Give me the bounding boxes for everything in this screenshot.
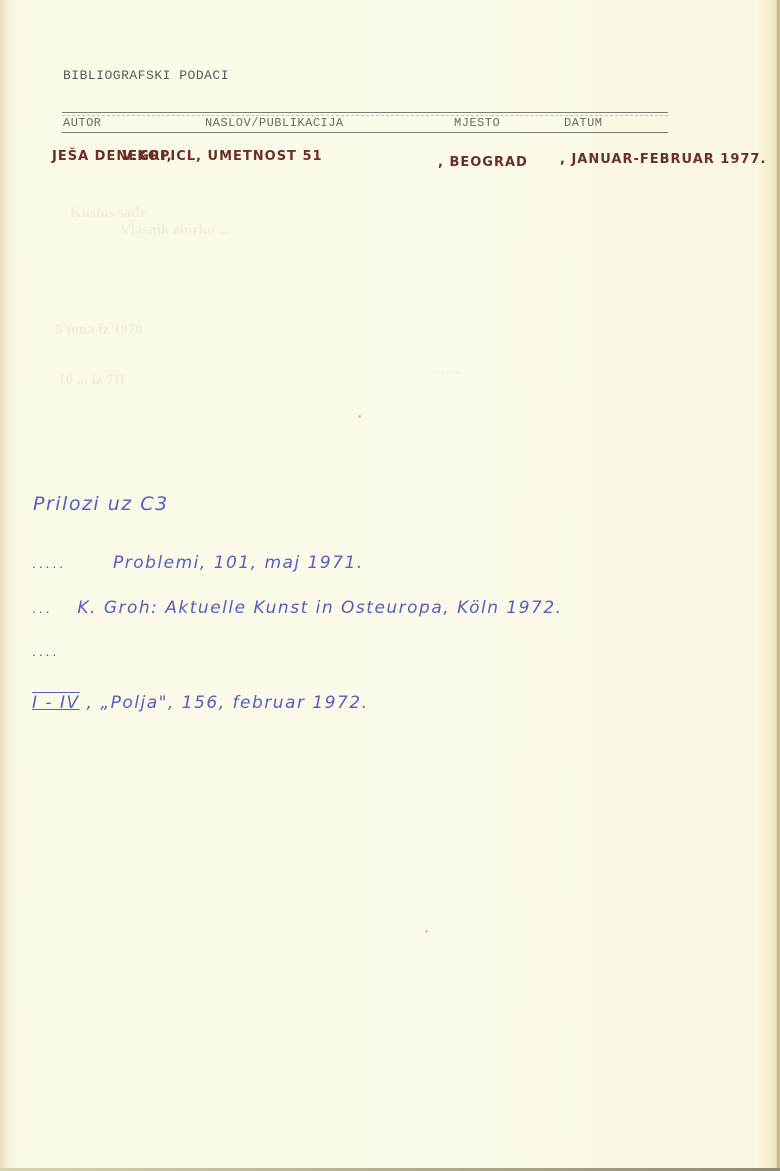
bleed-through-text: 10 ... iz 7II <box>58 372 126 389</box>
dotted-leader: ... <box>32 602 52 616</box>
roman-numeral-range: I - IV <box>32 693 80 713</box>
column-header-place: MJESTO <box>454 116 500 130</box>
scanned-page: Kustos sadr Vlasnik zbirka ... 5 tona iz… <box>0 0 780 1171</box>
column-header-date: DATUM <box>564 116 603 130</box>
note-text: , „Polja", 156, februar 1972. <box>87 693 369 713</box>
page-binding-edge <box>0 0 10 1171</box>
paper-speck <box>425 930 428 933</box>
bleed-through-text: 5 tona iz 1970 <box>55 322 143 339</box>
note-text: Problemi, 101, maj 1971. <box>113 553 364 573</box>
paper-speck <box>358 415 361 418</box>
note-line: I - IV , „Polja", 156, februar 1972. <box>32 693 369 713</box>
form-title: BIBLIOGRAFSKI PODACI <box>63 68 229 83</box>
attachments-label: Prilozi uz C3 <box>33 493 169 515</box>
column-header-title: NASLOV/PUBLIKACIJA <box>205 116 344 130</box>
bleed-through-text: Vlasnik zbirka ... <box>120 222 230 239</box>
entry-place: , BEOGRAD <box>438 155 528 170</box>
bleed-through-text: Kustos sadr <box>70 205 146 222</box>
dotted-leader: ..... <box>32 557 66 571</box>
bleed-through-text: ........ <box>430 362 460 379</box>
entry-title: V.KOPICL, UMETNOST 51 <box>122 149 323 164</box>
note-line: .... <box>32 641 59 661</box>
note-line: ... K. Groh: Aktuelle Kunst in Osteuropa… <box>32 598 563 618</box>
entry-date: , JANUAR-FEBRUAR 1977. <box>560 152 766 167</box>
column-header-author: AUTOR <box>63 116 102 130</box>
dotted-leader: .... <box>32 645 59 659</box>
form-header-row: AUTOR NASLOV/PUBLIKACIJA MJESTO DATUM <box>62 112 668 133</box>
note-text: K. Groh: Aktuelle Kunst in Osteuropa, Kö… <box>77 598 562 618</box>
note-line: ..... Problemi, 101, maj 1971. <box>32 553 364 573</box>
